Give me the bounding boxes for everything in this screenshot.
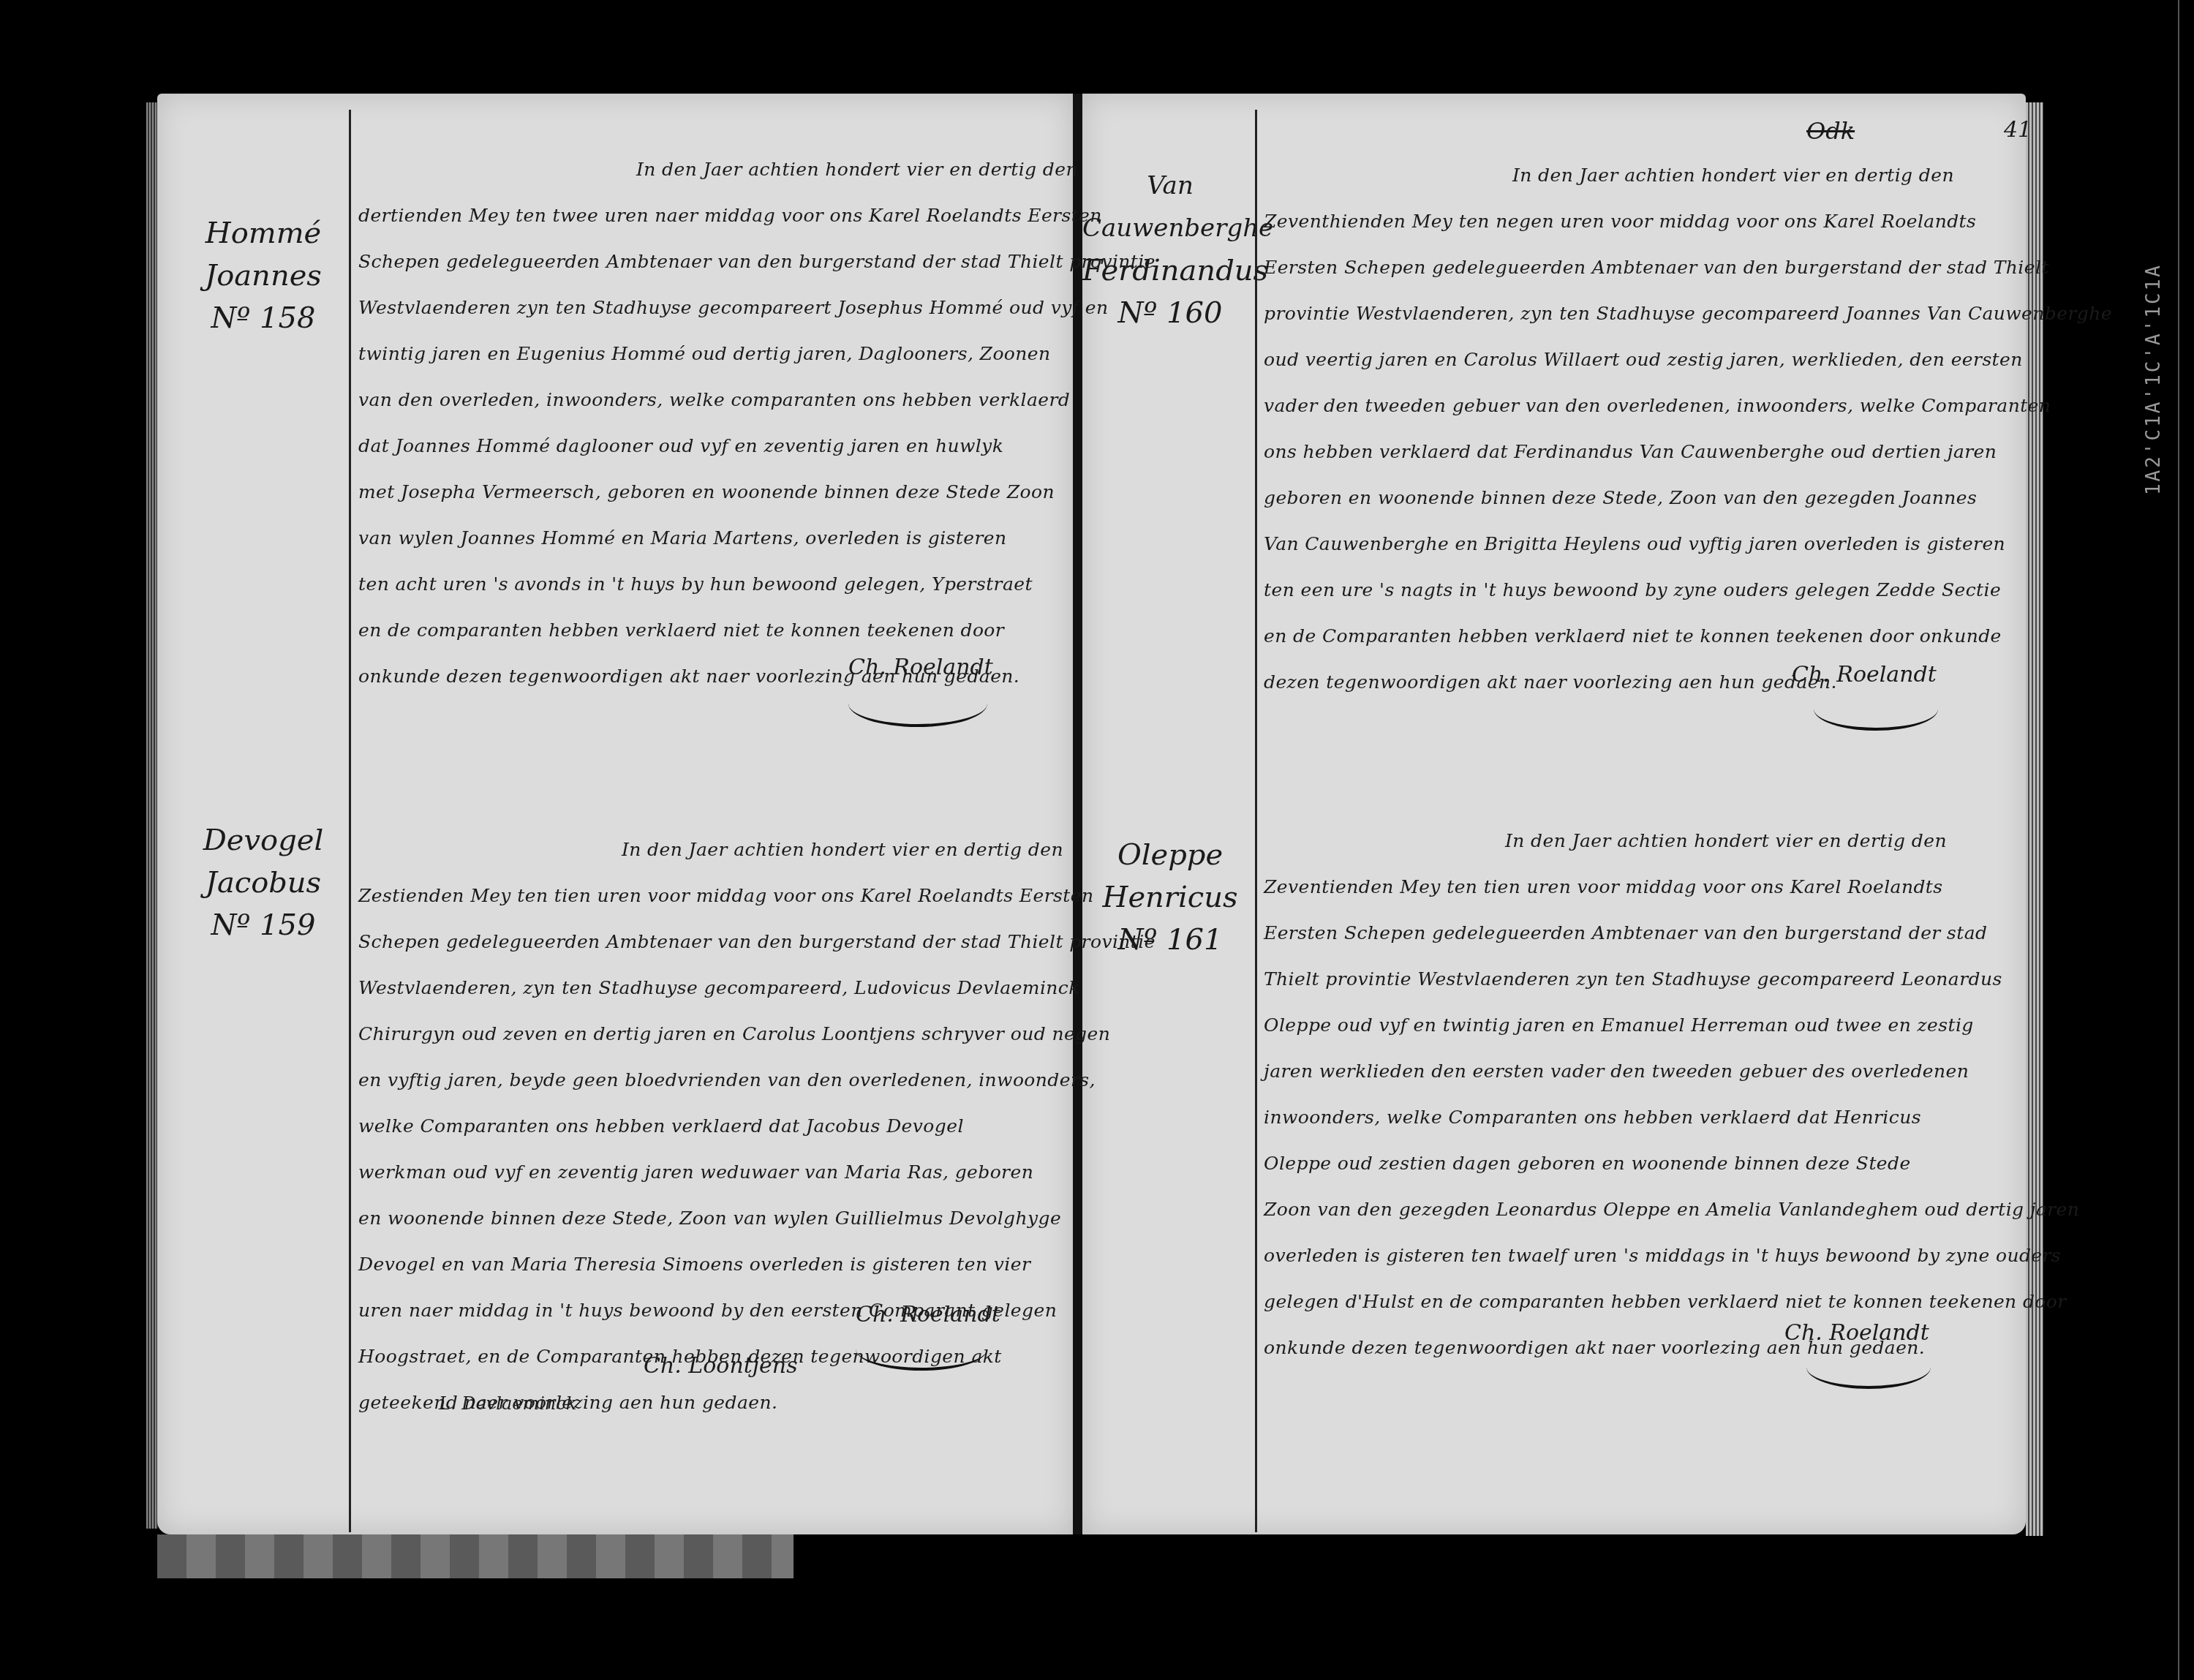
text-line: In den Jaer achtien hondert vier en dert… [1264, 818, 2097, 864]
entry-number: Nº 159 [183, 904, 344, 946]
margin-given-name: Henricus [1090, 876, 1251, 919]
text-line: Schepen gedelegueerden Ambtenaer van den… [358, 238, 1192, 285]
margin-surname: Oleppe [1090, 834, 1251, 876]
text-line: Eersten Schepen gedelegueerden Ambtenaer… [1264, 244, 2097, 290]
signature-flourish [856, 1327, 987, 1371]
text-line: Zoon van den gezegden Leonardus Oleppe e… [1264, 1186, 2097, 1232]
text-line: In den Jaer achtien hondert vier en dert… [1264, 152, 2097, 198]
text-line: Chirurgyn oud zeven en dertig jaren en C… [358, 1011, 1192, 1057]
entry-number: Nº 160 [1082, 292, 1258, 334]
text-line: Schepen gedelegueerden Ambtenaer van den… [358, 919, 1192, 965]
margin-rule-left [349, 110, 351, 1532]
text-line: dat Joannes Hommé daglooner oud vyf en z… [358, 423, 1192, 469]
text-line: onkunde dezen tegenwoordigen akt naer vo… [1264, 1325, 2097, 1371]
top-mark: Odk [1806, 117, 1855, 145]
text-line: Westvlaenderen, zyn ten Stadhuyse gecomp… [358, 965, 1192, 1011]
margin-surname: Hommé [183, 212, 344, 255]
text-line: en de comparanten hebben verklaerd niet … [358, 607, 1192, 653]
text-line: Eersten Schepen gedelegueerden Ambtenaer… [1264, 910, 2097, 956]
signature-flourish [1814, 688, 1938, 731]
text-line: van wylen Joannes Hommé en Maria Martens… [358, 515, 1192, 561]
margin-given-name: Ferdinandus [1082, 249, 1258, 292]
signature: Ch. Loontjens [644, 1353, 798, 1379]
signature: Ch. Roelandt [1792, 662, 1937, 688]
text-line: met Josepha Vermeersch, geboren en woone… [358, 469, 1192, 515]
text-line: Zestienden Mey ten tien uren voor middag… [358, 873, 1192, 919]
margin-given-name: Jacobus [183, 862, 344, 904]
text-line: ons hebben verklaerd dat Ferdinandus Van… [1264, 429, 2097, 475]
entry-158-text: In den Jaer achtien hondert vier en dert… [358, 146, 1192, 699]
text-line: overleden is gisteren ten twaelf uren 's… [1264, 1232, 2097, 1278]
text-line: van den overleden, inwoonders, welke com… [358, 377, 1192, 423]
signature: L. Devlaeminck [439, 1393, 576, 1414]
text-line: dezen tegenwoordigen akt naer voorlezing… [1264, 659, 2097, 705]
film-edge-line [2178, 0, 2179, 1680]
entry-number: Nº 158 [183, 297, 344, 339]
signature-flourish [1806, 1346, 1931, 1389]
text-line: Westvlaenderen zyn ten Stadhuyse gecompa… [358, 285, 1192, 331]
text-line: ten een ure 's nagts in 't huys bewoond … [1264, 567, 2097, 613]
text-line: jaren werklieden den eersten vader den t… [1264, 1048, 2097, 1094]
signature: Ch. Roelandt [856, 1302, 1000, 1327]
text-line: Zeventhienden Mey ten negen uren voor mi… [1264, 198, 2097, 244]
entry-160-margin: Van Cauwenberghe Ferdinandus Nº 160 [1082, 165, 1258, 334]
text-line: geboren en woonende binnen deze Stede, Z… [1264, 475, 2097, 521]
text-line: en vyftig jaren, beyde geen bloedvriende… [358, 1057, 1192, 1103]
text-line: twintig jaren en Eugenius Hommé oud dert… [358, 331, 1192, 377]
entry-159-margin: Devogel Jacobus Nº 159 [183, 819, 344, 946]
text-line: ten acht uren 's avonds in 't huys by hu… [358, 561, 1192, 607]
signature: Ch. Roelandt [1784, 1320, 1929, 1346]
entry-161-text: In den Jaer achtien hondert vier en dert… [1264, 818, 2097, 1371]
page-number: 41 [2004, 117, 2032, 143]
text-line: oud veertig jaren en Carolus Willaert ou… [1264, 336, 2097, 383]
text-line: werkman oud vyf en zeventig jaren weduwa… [358, 1149, 1192, 1195]
text-line: dertienden Mey ten twee uren naer middag… [358, 192, 1192, 238]
margin-surname: Devogel [183, 819, 344, 862]
text-line: Van Cauwenberghe en Brigitta Heylens oud… [1264, 521, 2097, 567]
left-page-edges [146, 102, 158, 1529]
text-line: Zeventienden Mey ten tien uren voor midd… [1264, 864, 2097, 910]
signature-flourish [848, 680, 987, 727]
entry-159-text: In den Jaer achtien hondert vier en dert… [358, 826, 1192, 1425]
text-line: en woonende binnen deze Stede, Zoon van … [358, 1195, 1192, 1241]
text-line: provintie Westvlaenderen, zyn ten Stadhu… [1264, 290, 2097, 336]
text-line: inwoonders, welke Comparanten ons hebben… [1264, 1094, 2097, 1140]
text-line: onkunde dezen tegenwoordigen akt naer vo… [358, 653, 1192, 699]
entry-158-margin: Hommé Joannes Nº 158 [183, 212, 344, 339]
text-line: gelegen d'Hulst en de comparanten hebben… [1264, 1278, 2097, 1325]
film-marking: 1A2'C1A'1C'A'1C1A [2143, 263, 2165, 495]
text-line: Thielt provintie Westvlaenderen zyn ten … [1264, 956, 2097, 1002]
text-line: uren naer middag in 't huys bewoond by d… [358, 1287, 1192, 1333]
text-line: vader den tweeden gebuer van den overled… [1264, 383, 2097, 429]
text-line: Oleppe oud vyf en twintig jaren en Emanu… [1264, 1002, 2097, 1048]
margin-given-name: Joannes [183, 255, 344, 297]
entry-160-text: In den Jaer achtien hondert vier en dert… [1264, 152, 2097, 705]
text-line: Devogel en van Maria Theresia Simoens ov… [358, 1241, 1192, 1287]
text-line: In den Jaer achtien hondert vier en dert… [358, 146, 1192, 192]
signature: Ch. Roelandt [848, 655, 993, 680]
entry-number: Nº 161 [1090, 919, 1251, 961]
entry-161-margin: Oleppe Henricus Nº 161 [1090, 834, 1251, 961]
margin-surname: Van Cauwenberghe [1082, 165, 1258, 249]
text-line: Oleppe oud zestien dagen geboren en woon… [1264, 1140, 2097, 1186]
text-line: en de Comparanten hebben verklaerd niet … [1264, 613, 2097, 659]
text-line: In den Jaer achtien hondert vier en dert… [358, 826, 1192, 873]
binding-strip [157, 1534, 793, 1578]
text-line: welke Comparanten ons hebben verklaerd d… [358, 1103, 1192, 1149]
